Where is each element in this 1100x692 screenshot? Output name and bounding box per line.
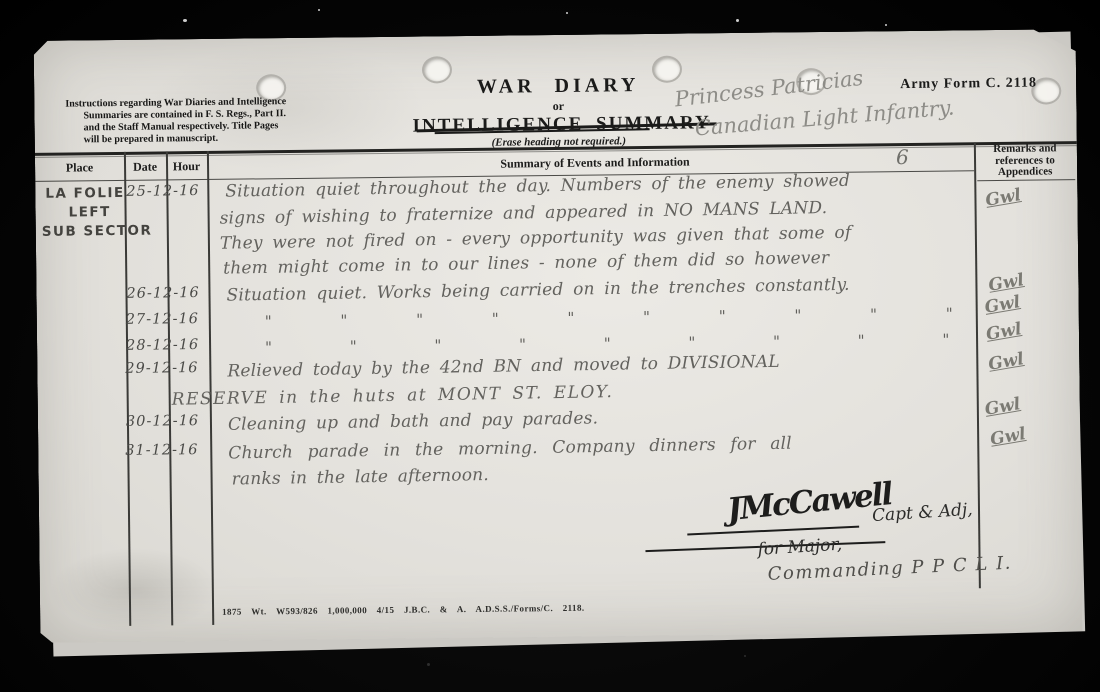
army-form-number: Army Form C. 2118 xyxy=(900,76,1037,94)
ditto-marks-row: " " " " " " " " " xyxy=(265,331,949,357)
instructions-line: will be prepared in manuscript. xyxy=(84,132,287,146)
remarks-header-line: Appendices xyxy=(975,166,1075,179)
col-divider-date-hour xyxy=(166,151,173,625)
war-diary-page: Instructions regarding War Diaries and I… xyxy=(34,29,1083,643)
diary-text-line: Cleaning up and bath and pay parades. xyxy=(228,408,599,434)
signature-for-line: for Major, xyxy=(757,535,843,560)
col-divider-hour-summary xyxy=(207,151,214,625)
diary-text-line: Church parade in the morning. Company di… xyxy=(228,434,792,464)
place-line: SUB SECTOR xyxy=(42,223,153,240)
entry-date: 28-12-16 xyxy=(126,337,199,354)
remark-initials: Gwl xyxy=(985,319,1023,345)
remark-initials: Gwl xyxy=(983,394,1021,420)
col-header-summary: Summary of Events and Information xyxy=(365,153,825,173)
place-line: LEFT xyxy=(68,204,110,220)
col-header-place: Place xyxy=(35,160,124,176)
instructions-block: Instructions regarding War Diaries and I… xyxy=(65,96,286,147)
entry-date: 29-12-16 xyxy=(125,360,198,377)
diary-text-line: Relieved today by the 42nd BN and moved … xyxy=(227,352,780,382)
remark-initials: Gwl xyxy=(989,424,1027,450)
page-number: 6 xyxy=(896,145,909,169)
printers-imprint: 1875 Wt. W593/826 1,000,000 4/15 J.B.C. … xyxy=(222,603,584,617)
form-title: WAR DIARY xyxy=(412,73,704,99)
dust-speck xyxy=(885,24,887,26)
entry-date: 25-12-16 xyxy=(126,183,199,200)
col-header-remarks: Remarks and references to Appendices xyxy=(975,143,1075,179)
signature-scrawl: JMcCawell xyxy=(726,476,893,528)
entry-date: 26-12-16 xyxy=(126,285,199,302)
remark-initials: Gwl xyxy=(984,185,1022,211)
remark-initials: Gwl xyxy=(983,292,1021,318)
diary-text-line: Situation quiet throughout the day. Numb… xyxy=(225,171,850,202)
diary-text-line: Situation quiet. Works being carried on … xyxy=(226,275,850,306)
entry-date: 27-12-16 xyxy=(126,311,199,328)
dust-speck xyxy=(744,655,746,657)
dust-speck xyxy=(427,663,430,666)
ditto-marks-row: " " " " " " " " " " xyxy=(265,305,953,331)
dust-speck xyxy=(318,9,320,11)
form-title-block: WAR DIARY or INTELLIGENCE SUMMARY (Erase… xyxy=(412,73,705,149)
col-header-date: Date xyxy=(124,159,166,174)
dust-speck xyxy=(736,19,739,22)
remark-initials: Gwl xyxy=(987,349,1025,375)
dust-speck xyxy=(566,12,568,14)
remarks-header-rule xyxy=(977,179,1075,181)
diary-text-line: them might come in to our lines - none o… xyxy=(223,248,829,279)
entry-date: 31-12-16 xyxy=(125,442,198,459)
signature-commanding-line: Commanding P P C L I. xyxy=(767,553,1012,585)
entry-date: 30-12-16 xyxy=(126,413,199,430)
diary-text-line: ranks in the late afternoon. xyxy=(231,465,489,489)
place-line: LA FOLIE xyxy=(45,185,124,202)
dust-speck xyxy=(183,19,187,22)
remark-initials: Gwl xyxy=(987,270,1025,296)
col-divider-summary-remarks xyxy=(974,142,981,588)
scanned-photo-background: Instructions regarding War Diaries and I… xyxy=(0,0,1100,692)
diary-text-line: RESERVE in the huts at MONT ST. ELOY. xyxy=(172,382,614,410)
col-header-hour: Hour xyxy=(166,159,207,174)
